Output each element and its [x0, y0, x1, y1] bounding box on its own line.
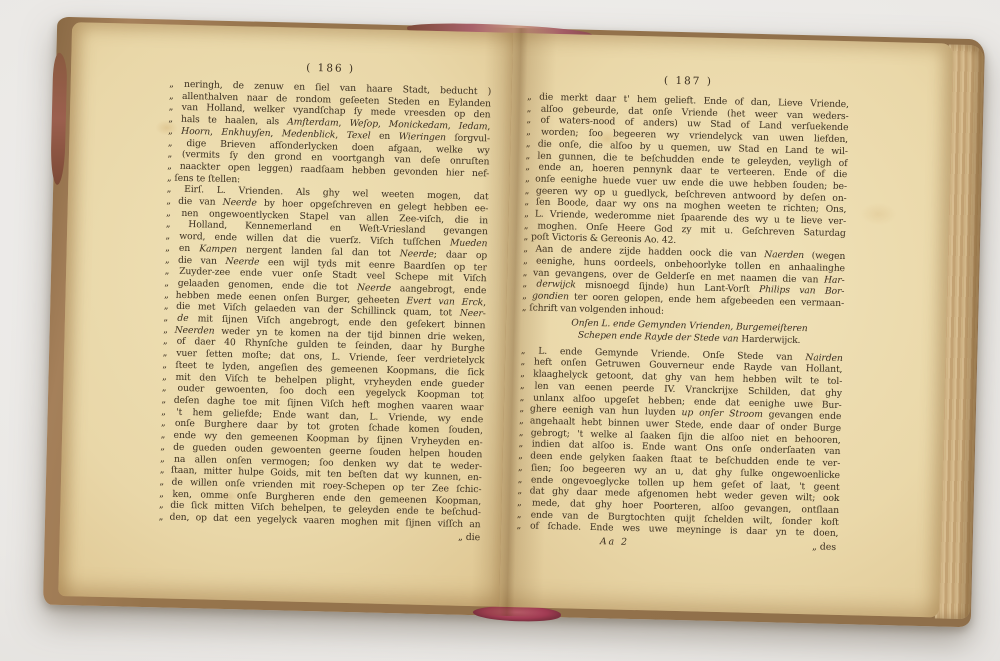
page-number: ( 186 ) — [170, 59, 492, 79]
book-photo: ( 186 ) „ neringh, de zenuw en ſiel van … — [0, 0, 1000, 661]
page-187: ( 187 ) „ die merkt daar t' hem gelieft.… — [499, 33, 953, 618]
catchword: „ des — [812, 541, 836, 553]
open-book: ( 186 ) „ neringh, de zenuw en ſiel van … — [43, 17, 985, 627]
page-186-body: „ neringh, de zenuw en ſiel van haare St… — [158, 79, 491, 531]
page-number: ( 187 ) — [527, 71, 849, 91]
page-186: ( 186 ) „ neringh, de zenuw en ſiel van … — [58, 22, 512, 607]
page-187-body-top: „ die merkt daar t' hem gelieft. Ende of… — [522, 91, 849, 321]
page-187-body-bottom: „ L. ende Gemynde Vriende. Onſe Stede va… — [516, 345, 842, 540]
salutation: Onſen L. ende Gemynden Vrienden, Burgeme… — [535, 318, 843, 349]
page-187-text-column: ( 187 ) „ die merkt daar t' hem gelieft.… — [516, 71, 850, 555]
open-pages: ( 186 ) „ neringh, de zenuw en ſiel van … — [58, 22, 953, 617]
signature-mark: Aa 2 — [600, 536, 629, 548]
page-186-text-column: ( 186 ) „ neringh, de zenuw en ſiel van … — [158, 59, 492, 543]
